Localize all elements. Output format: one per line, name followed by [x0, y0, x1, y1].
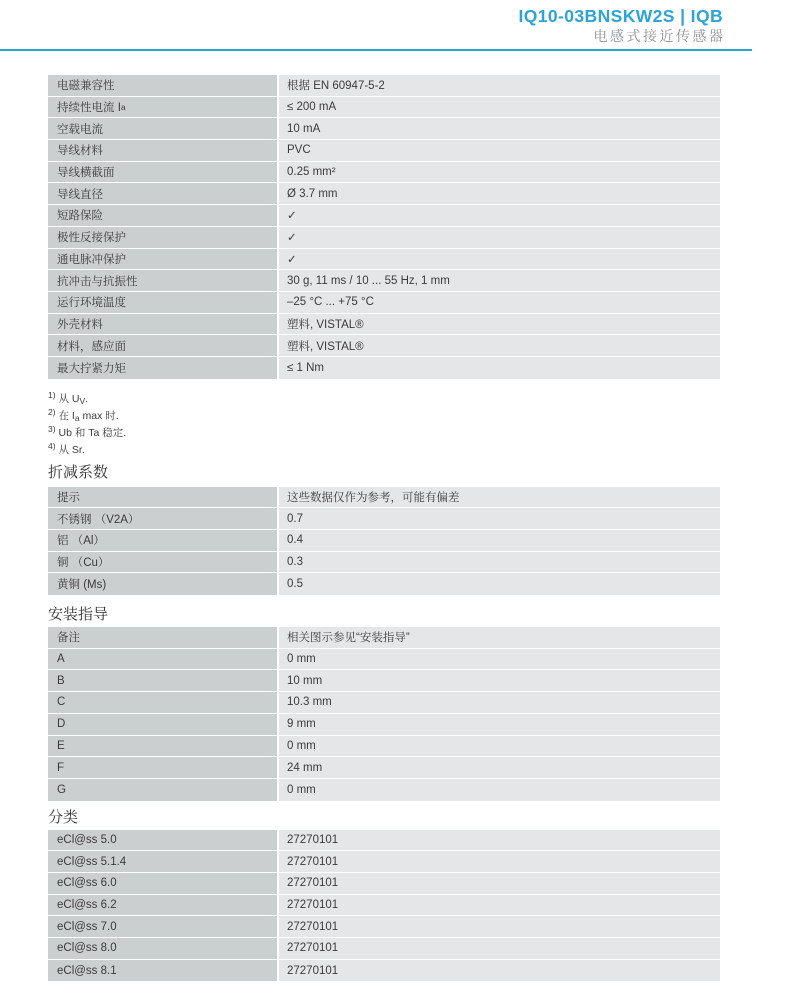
row-label: 外壳材料 [48, 314, 279, 335]
table-row: C10.3 mm [48, 692, 720, 714]
classification-table: eCl@ss 5.027270101eCl@ss 5.1.427270101eC… [48, 830, 720, 982]
installation-table: 备注相关图示参见“安装指导”A0 mmB10 mmC10.3 mmD9 mmE0… [48, 627, 720, 801]
table-row: eCl@ss 6.227270101 [48, 895, 720, 917]
row-label: 抗冲击与抗振性 [48, 270, 279, 291]
table-row: eCl@ss 5.1.427270101 [48, 851, 720, 873]
footnote: 3) Ub 和 Ta 稳定. [48, 425, 720, 442]
row-value: 塑料, VISTAL® [279, 335, 720, 356]
row-label: 不锈钢 （V2A） [48, 508, 279, 529]
table-row: 铝 （Al）0.4 [48, 530, 720, 552]
footnote: 1) 从 UV. [48, 391, 720, 408]
row-value: 27270101 [279, 960, 720, 982]
footnote: 2) 在 Ia max 时. [48, 408, 720, 425]
row-label: 持续性电流 Ia [48, 97, 279, 118]
row-value: ≤ 1 Nm [279, 357, 720, 379]
row-value: 这些数据仅作为参考，可能有偏差 [279, 487, 720, 508]
row-value: 27270101 [279, 916, 720, 937]
row-value: 27270101 [279, 830, 720, 851]
derating-table: 提示这些数据仅作为参考，可能有偏差不锈钢 （V2A）0.7铝 （Al）0.4铜 … [48, 487, 720, 595]
table-row: 极性反接保护✓ [48, 227, 720, 249]
table-row: 抗冲击与抗振性30 g, 11 ms / 10 ... 55 Hz, 1 mm [48, 270, 720, 292]
row-value: 24 mm [279, 757, 720, 778]
table-row: F24 mm [48, 757, 720, 779]
row-value: 0.7 [279, 508, 720, 529]
row-value: 根据 EN 60947-5-2 [279, 75, 720, 96]
row-value: 0.5 [279, 573, 720, 595]
product-title: IQ10-03BNSKW2S | IQB [0, 6, 723, 26]
row-label: 铜 （Cu） [48, 552, 279, 573]
table-row: 通电脉冲保护✓ [48, 249, 720, 271]
table-row: 电磁兼容性根据 EN 60947-5-2 [48, 75, 720, 97]
table-row: eCl@ss 5.027270101 [48, 830, 720, 852]
table-row: 导线材料PVC [48, 140, 720, 162]
row-label: 导线直径 [48, 183, 279, 204]
table-row: 导线横截面0.25 mm² [48, 162, 720, 184]
table-row: eCl@ss 8.027270101 [48, 938, 720, 960]
row-label: E [48, 736, 279, 757]
table-row: 黄铜 (Ms)0.5 [48, 573, 720, 595]
header-divider-rule [0, 49, 752, 51]
row-value: 0 mm [279, 779, 720, 801]
row-value: 9 mm [279, 714, 720, 735]
row-label: eCl@ss 6.0 [48, 873, 279, 894]
table-row: D9 mm [48, 714, 720, 736]
row-label: 极性反接保护 [48, 227, 279, 248]
row-value: ✓ [279, 227, 720, 248]
row-value: 27270101 [279, 873, 720, 894]
row-value: ✓ [279, 249, 720, 270]
table-row: 外壳材料塑料, VISTAL® [48, 314, 720, 336]
table-row: 材料，感应面塑料, VISTAL® [48, 335, 720, 357]
footnote: 4) 从 Sr. [48, 442, 720, 459]
footnotes: 1) 从 UV.2) 在 Ia max 时.3) Ub 和 Ta 稳定.4) 从… [48, 391, 720, 459]
table-row: 铜 （Cu）0.3 [48, 552, 720, 574]
row-label: C [48, 692, 279, 713]
table-row: eCl@ss 8.127270101 [48, 960, 720, 982]
row-label: eCl@ss 7.0 [48, 916, 279, 937]
table-row: 运行环境温度–25 °C ... +75 °C [48, 292, 720, 314]
section-heading-installation: 安装指导 [48, 606, 720, 623]
row-label: A [48, 649, 279, 670]
row-label: eCl@ss 6.2 [48, 895, 279, 916]
row-label: eCl@ss 5.1.4 [48, 851, 279, 872]
row-value: 27270101 [279, 938, 720, 959]
table-row: G0 mm [48, 779, 720, 801]
row-label: 提示 [48, 487, 279, 508]
row-label: G [48, 779, 279, 801]
table-row: 空载电流10 mA [48, 118, 720, 140]
table-row: B10 mm [48, 670, 720, 692]
row-label: 通电脉冲保护 [48, 249, 279, 270]
row-label: 空载电流 [48, 118, 279, 139]
table-row: 导线直径Ø 3.7 mm [48, 183, 720, 205]
row-value: ≤ 200 mA [279, 97, 720, 118]
section-heading-classification: 分类 [48, 809, 720, 826]
row-value: 0 mm [279, 649, 720, 670]
table-row: 不锈钢 （V2A）0.7 [48, 508, 720, 530]
page-header: IQ10-03BNSKW2S | IQB 电感式接近传感器 [0, 0, 795, 51]
row-value: 10.3 mm [279, 692, 720, 713]
row-value: 相关图示参见“安装指导” [279, 627, 720, 648]
product-subtitle-text: 电感式接近传感器 [594, 28, 726, 44]
section-heading-derating: 折减系数 [48, 464, 720, 481]
row-value: 0.25 mm² [279, 162, 720, 183]
table-row: eCl@ss 7.027270101 [48, 916, 720, 938]
row-label: F [48, 757, 279, 778]
row-label: 铝 （Al） [48, 530, 279, 551]
table-row: 持续性电流 Ia≤ 200 mA [48, 97, 720, 119]
row-value: PVC [279, 140, 720, 161]
row-value: 0.3 [279, 552, 720, 573]
row-value: Ø 3.7 mm [279, 183, 720, 204]
row-value: 10 mA [279, 118, 720, 139]
row-label: eCl@ss 8.1 [48, 960, 279, 982]
table-row: 短路保险✓ [48, 205, 720, 227]
row-label: eCl@ss 8.0 [48, 938, 279, 959]
table-row: 备注相关图示参见“安装指导” [48, 627, 720, 649]
row-label: 电磁兼容性 [48, 75, 279, 96]
table-row: A0 mm [48, 649, 720, 671]
row-label: 导线横截面 [48, 162, 279, 183]
row-label: 黄铜 (Ms) [48, 573, 279, 595]
row-value: 30 g, 11 ms / 10 ... 55 Hz, 1 mm [279, 270, 720, 291]
datasheet-body: 电磁兼容性根据 EN 60947-5-2持续性电流 Ia≤ 200 mA空载电流… [48, 75, 720, 981]
row-label: 材料，感应面 [48, 335, 279, 356]
product-subtitle: 电感式接近传感器 [0, 28, 723, 45]
table-row: eCl@ss 6.027270101 [48, 873, 720, 895]
row-label: B [48, 670, 279, 691]
row-value: 0.4 [279, 530, 720, 551]
row-value: 0 mm [279, 736, 720, 757]
row-label: D [48, 714, 279, 735]
row-label: 导线材料 [48, 140, 279, 161]
table-row: E0 mm [48, 736, 720, 758]
row-value: –25 °C ... +75 °C [279, 292, 720, 313]
row-label: 短路保险 [48, 205, 279, 226]
table-row: 提示这些数据仅作为参考，可能有偏差 [48, 487, 720, 509]
row-value: 10 mm [279, 670, 720, 691]
table-row: 最大拧紧力矩≤ 1 Nm [48, 357, 720, 379]
row-label: 最大拧紧力矩 [48, 357, 279, 379]
row-value: ✓ [279, 205, 720, 226]
row-label: 备注 [48, 627, 279, 648]
row-value: 塑料, VISTAL® [279, 314, 720, 335]
row-label: eCl@ss 5.0 [48, 830, 279, 851]
row-value: 27270101 [279, 895, 720, 916]
row-value: 27270101 [279, 851, 720, 872]
spec-table: 电磁兼容性根据 EN 60947-5-2持续性电流 Ia≤ 200 mA空载电流… [48, 75, 720, 379]
row-label: 运行环境温度 [48, 292, 279, 313]
